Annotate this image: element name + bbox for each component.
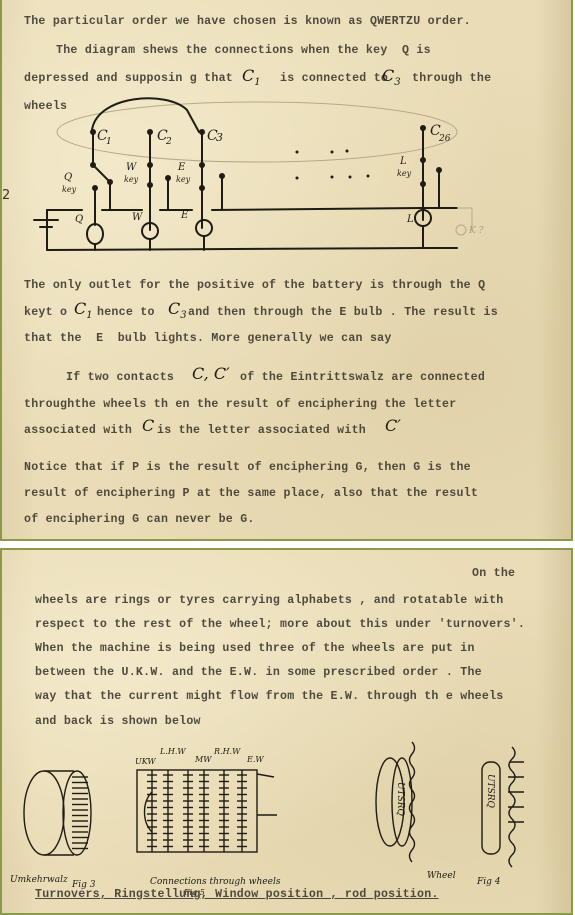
text-line: of enciphering G can never be G. — [24, 513, 255, 526]
text-line: result of enciphering P at the same plac… — [24, 487, 478, 500]
text-line: is the letter associated with — [157, 424, 366, 437]
text-line: associated with — [24, 424, 132, 437]
svg-text:26: 26 — [438, 134, 451, 144]
svg-text:K ?: K ? — [468, 226, 484, 236]
svg-text:Wheel: Wheel — [427, 871, 456, 881]
svg-text:Q: Q — [64, 172, 72, 183]
svg-text:W: W — [126, 162, 137, 173]
svg-text:1: 1 — [106, 137, 112, 147]
svg-text:key: key — [62, 185, 77, 194]
symbol-c: C — [142, 416, 154, 435]
wheel-figures: UKW L.H.W MW R.H.W E.W UTSRQ UTSRQ Umkeh… — [2, 550, 575, 915]
wheel-drawing: UTSRQ UTSRQ — [376, 742, 524, 867]
svg-text:Connections through wheels: Connections through wheels — [150, 877, 281, 887]
document-page-1: The particular order we have chosen is k… — [0, 0, 573, 541]
svg-text:UTSRQ: UTSRQ — [485, 774, 495, 809]
text-line: Notice that if P is the result of enciph… — [24, 461, 471, 474]
circuit-diagram: C1 C2 C3 C26 Qkey Wkey Ekey Lkey Q W E L… — [2, 0, 575, 270]
svg-text:2: 2 — [165, 137, 172, 147]
svg-text:R.H.W: R.H.W — [213, 747, 241, 756]
wheel-assembly-drawing: UKW L.H.W MW R.H.W E.W — [135, 747, 277, 852]
svg-text:key: key — [124, 175, 139, 184]
svg-text:E: E — [177, 162, 186, 173]
svg-text:UKW: UKW — [135, 757, 156, 766]
svg-text:MW: MW — [194, 755, 212, 764]
svg-text:L: L — [406, 214, 414, 225]
symbol-c: C, C′ — [192, 364, 230, 383]
svg-text:UTSRQ: UTSRQ — [395, 782, 405, 817]
text-line: The only outlet for the positive of the … — [24, 279, 485, 292]
svg-text:key: key — [176, 175, 191, 184]
svg-text:Fig 4: Fig 4 — [476, 877, 501, 887]
text-line: and then through the E bulb . The result… — [188, 306, 498, 319]
symbol-c-prime: C′ — [385, 416, 401, 435]
section-heading: Turnovers, Ringstellung, Window position… — [35, 888, 439, 901]
text-line: throughthe wheels th en the result of en… — [24, 398, 456, 411]
svg-text:Q: Q — [75, 214, 83, 225]
text-line: that the E bulb lights. More generally w… — [24, 332, 392, 345]
document-page-2: On the wheels are rings or tyres carryin… — [0, 548, 573, 915]
svg-text:key: key — [397, 169, 412, 178]
svg-text:L: L — [399, 156, 407, 167]
text-line: keyt o — [24, 306, 67, 319]
svg-text:E: E — [180, 210, 189, 221]
svg-text:Umkehrwalz: Umkehrwalz — [10, 875, 68, 885]
svg-text:E.W: E.W — [246, 755, 264, 764]
svg-text:3: 3 — [216, 131, 223, 144]
text-line: If two contacts — [66, 371, 174, 384]
text-line: of the Eintrittswalz are connected — [240, 371, 485, 384]
symbol-c3: C3 — [168, 299, 187, 321]
svg-text:L.H.W: L.H.W — [159, 747, 186, 756]
symbol-c1: C1 — [74, 299, 93, 321]
svg-text:W: W — [132, 212, 143, 223]
umkehrwalze-drawing — [24, 771, 91, 855]
text-line: hence to — [97, 306, 155, 319]
